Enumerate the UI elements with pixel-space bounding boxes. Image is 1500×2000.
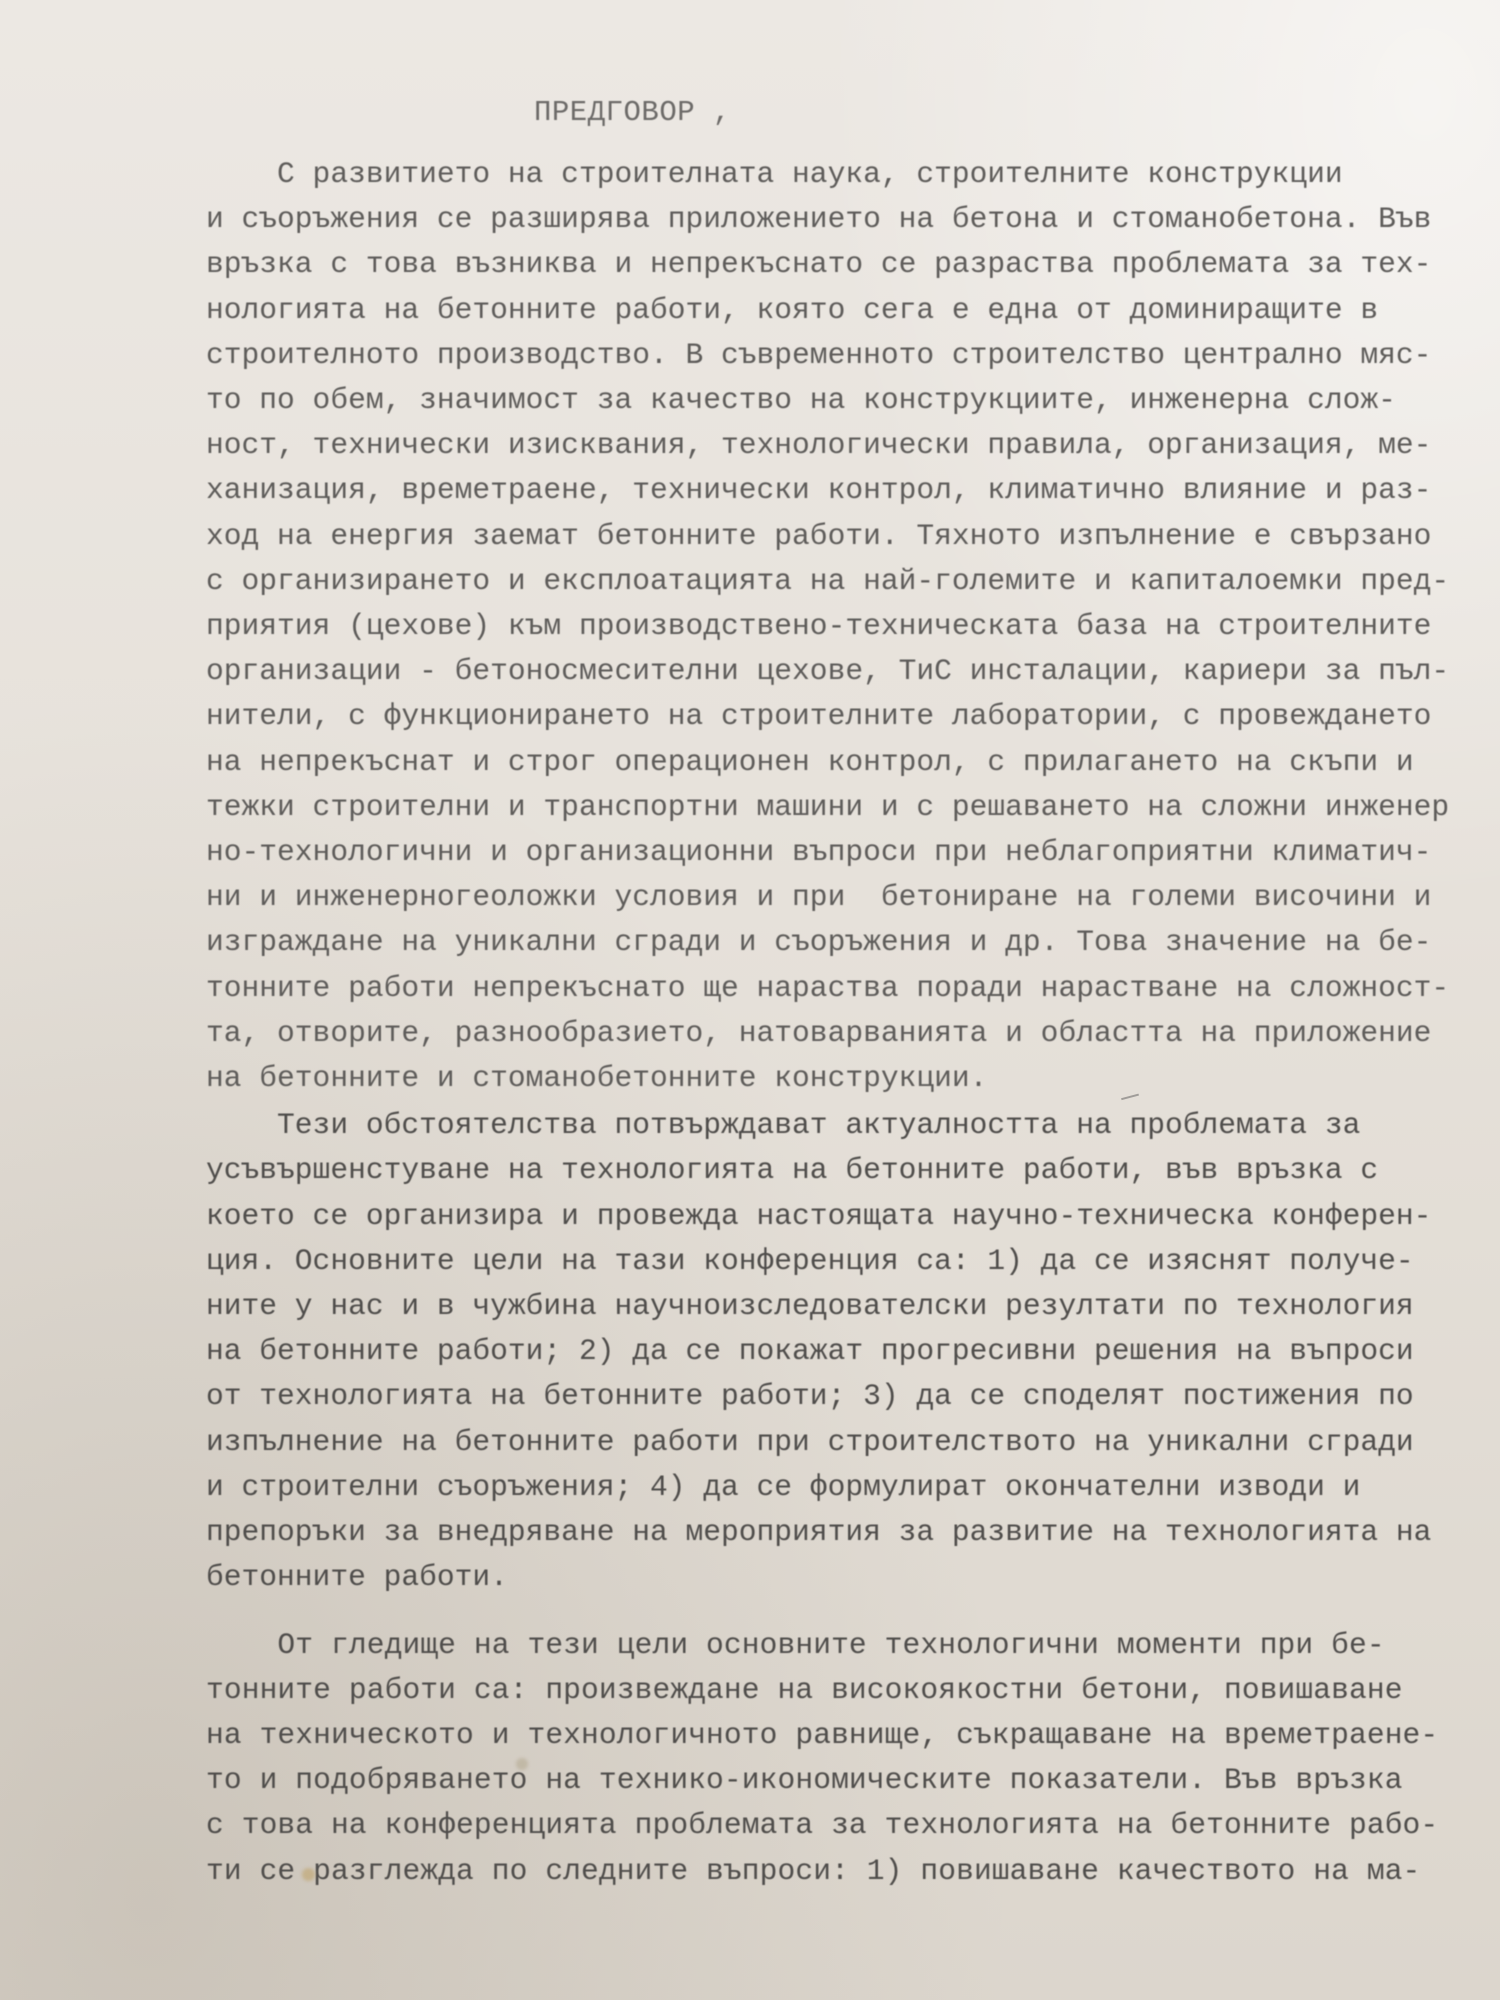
text-line: С развитието на строителната наука, стро… (206, 152, 1466, 197)
paper-stain (516, 1758, 528, 1770)
text-line: ни и инженерногеоложки условия и при бет… (206, 875, 1466, 920)
text-line: приятия (цехове) към производствено-техн… (206, 604, 1466, 649)
text-line: усъвършенстуване на технологията на бето… (206, 1148, 1466, 1193)
document-body: С развитието на строителната наука, стро… (206, 152, 1466, 1894)
text-line: препоръки за внедряване на мероприятия з… (206, 1510, 1466, 1555)
text-line: на непрекъснат и строг операционен контр… (206, 740, 1466, 785)
text-line: връзка с това възниква и непрекъснато се… (206, 242, 1466, 287)
text-line: от технологията на бетонните работи; 3) … (206, 1374, 1466, 1419)
text-line: ход на енергия заемат бетонните работи. … (206, 514, 1466, 559)
text-line: тонните работи са: произвеждане на висок… (206, 1668, 1466, 1713)
text-line: ти се разглежда по следните въпроси: 1) … (206, 1849, 1466, 1894)
text-line: строителното производство. В съвременнот… (206, 333, 1466, 378)
text-line: От гледище на тези цели основните технол… (206, 1623, 1466, 1668)
text-line: изпълнение на бетонните работи при строи… (206, 1420, 1466, 1465)
text-line: нологията на бетонните работи, която сег… (206, 288, 1466, 333)
text-line: та, отворите, разнообразието, натоварван… (206, 1011, 1466, 1056)
text-line: но-технологични и организационни въпроси… (206, 830, 1466, 875)
text-line: на техническото и технологичното равнище… (206, 1713, 1466, 1758)
text-line: ните у нас и в чужбина научноизследовате… (206, 1284, 1466, 1329)
text-line: нители, с функционирането на строителнит… (206, 694, 1466, 739)
text-line: изграждане на уникални сгради и съоръжен… (206, 920, 1466, 965)
paragraph-2: Тези обстоятелства потвърждават актуално… (206, 1103, 1466, 1600)
text-line: с това на конференцията проблемата за те… (206, 1803, 1466, 1848)
text-line: и строителни съоръжения; 4) да се формул… (206, 1465, 1466, 1510)
text-line: и съоръжения се разширява приложението н… (206, 197, 1466, 242)
page-title: ПРЕДГОВОР , (534, 96, 731, 129)
paper-stain (302, 1868, 315, 1881)
text-line: ханизация, времетраене, технически контр… (206, 468, 1466, 513)
text-line: тежки строителни и транспортни машини и … (206, 785, 1466, 830)
text-line: Тези обстоятелства потвърждават актуално… (206, 1103, 1466, 1148)
text-line: бетонните работи. (206, 1555, 1466, 1600)
text-line: тонните работи непрекъснато ще нараства … (206, 966, 1466, 1011)
text-line: то по обем, значимост за качество на кон… (206, 378, 1466, 423)
text-line: което се организира и провежда настоящат… (206, 1194, 1466, 1239)
text-line: на бетонните работи; 2) да се покажат пр… (206, 1329, 1466, 1374)
text-line: организации - бетоносмесителни цехове, Т… (206, 649, 1466, 694)
text-line: ция. Основните цели на тази конференция … (206, 1239, 1466, 1284)
text-line: на бетонните и стоманобетонните конструк… (206, 1056, 1466, 1101)
text-line: с организирането и експлоатацията на най… (206, 559, 1466, 604)
text-line: то и подобряването на технико-икономичес… (206, 1758, 1466, 1803)
paragraph-3: От гледище на тези цели основните технол… (206, 1623, 1466, 1894)
paragraph-1: С развитието на строителната наука, стро… (206, 152, 1466, 1101)
text-line: ност, технически изисквания, технологиче… (206, 423, 1466, 468)
